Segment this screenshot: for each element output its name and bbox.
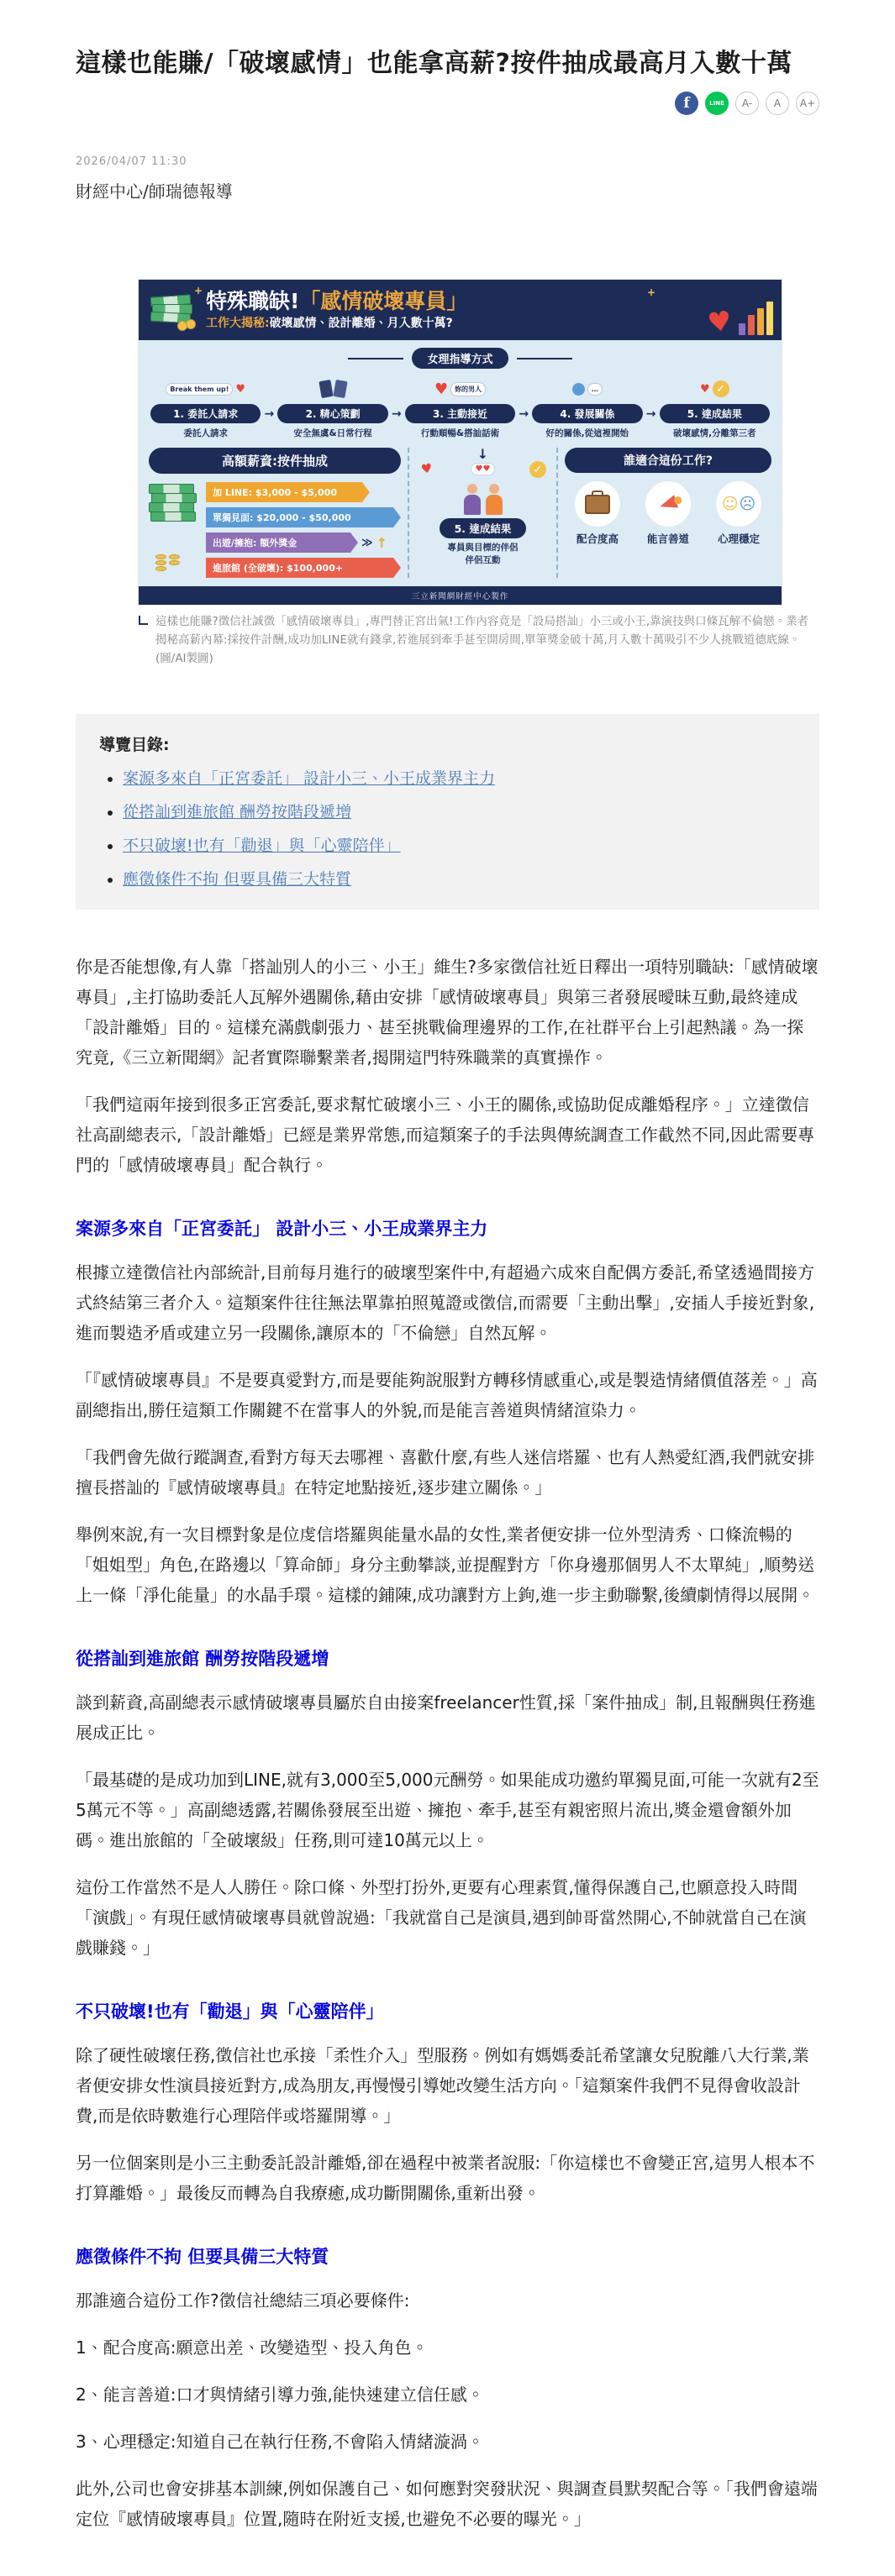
process-pill: 女理指導方式	[412, 348, 508, 369]
down-arrow-icon: ↓	[414, 448, 551, 461]
trait-cooperation: 配合度高	[565, 481, 630, 546]
caption-text: 這樣也能賺?徵信社誠徵「感情破壞專員」,專門替正宮出氣!工作內容竟是「設局搭訕」…	[155, 613, 811, 669]
toc-box: 導覽目錄: 案源多來自「正宮委託」 設計小三、小王成業界主力 從搭訕到進旅館 酬…	[76, 714, 819, 910]
step-5-caption: 破壞感情,分離第三者	[658, 427, 771, 439]
result-caption: 專員與目標的伴侶 伴侶互動	[414, 542, 551, 566]
happy-mask-icon: ☺	[722, 495, 739, 513]
sad-mask-icon: ☹	[740, 495, 756, 513]
trait-stability: ☺ ☹ 心理穩定	[706, 481, 771, 546]
workflow-steps: Break them up! ♥ 1. 委託人請求 委託人請求 → 2. 精心策…	[149, 374, 771, 439]
article-body: 你是否能想像,有人靠「搭訕別人的小三、小王」維生?多家徵信社近日釋出一項特別職缺…	[76, 952, 819, 2576]
paragraph: 「『感情破壞專員』不是要真愛對方,而是要能夠說服對方轉移情感重心,或是製造情緒價…	[76, 1365, 819, 1425]
bar-chart-icon	[739, 302, 773, 335]
toc-item: 從搭訕到進旅館 酬勞按階段遞增	[123, 800, 796, 822]
infographic-subtitle-text: 破壞感情、設計離婚、月入數十萬?	[270, 317, 453, 330]
money-pile-icon	[149, 480, 201, 573]
step-4: … 4. 發展關係 好的關係,從這裡開始	[530, 374, 644, 439]
caption-corner-icon	[139, 616, 148, 625]
step-3: ♥ 妳的男人 3. 主動接近 行動順暢&搭訕話術	[403, 374, 517, 439]
section-heading-2: 從搭訕到進旅館 酬勞按階段遞增	[76, 1645, 819, 1671]
news-article-page: 這樣也能賺/「破壞感情」也能拿高薪?按件抽成最高月入數十萬 f LINE A- …	[0, 0, 895, 2576]
hearts-bubble: ♥♥	[471, 463, 496, 475]
font-normal-button[interactable]: A	[766, 92, 789, 115]
toc-link-3[interactable]: 不只破壞!也有「勸退」與「心靈陪伴」	[123, 837, 401, 855]
section-heading-4: 應徵條件不拘 但要具備三大特質	[76, 2243, 819, 2269]
author-byline: 財經中心/師瑞德報導	[76, 178, 819, 202]
person-figure	[486, 484, 503, 515]
salary-tiers: 加 LINE: $3,000 - $5,000 單獨見面: $20,000 - …	[206, 480, 401, 578]
sparkle-icon: +	[647, 286, 655, 298]
speech-bubble: Break them up!	[166, 383, 233, 396]
paragraph: 此外,公司也會安排基本訓練,例如保護自己、如何應對突發狀況、與調查員默契配合等。…	[76, 2474, 819, 2534]
paragraph: 這份工作當然不是人人勝任。除口條、外型打扮外,更要有心理素質,懂得保護自己,也願…	[76, 1872, 819, 1963]
salary-title: 高額薪資:按件抽成	[149, 448, 401, 474]
toc-item: 不只破壞!也有「勸退」與「心靈陪伴」	[123, 833, 796, 856]
salary-tier-outing: 出遊/擁抱: 額外獎金	[206, 533, 358, 553]
step-3-art: ♥ 妳的男人	[403, 374, 517, 404]
process-label-row: 女理指導方式	[149, 348, 771, 369]
fit-title: 誰適合這份工作?	[565, 448, 771, 473]
sparkle-icon: +	[194, 285, 203, 296]
step-5-art: ♥ ✓	[658, 374, 771, 404]
broken-heart-icon: ♥	[706, 307, 734, 337]
paragraph: 舉例來說,有一次目標對象是位虔信塔羅與能量水晶的女性,業者便安排一位外型清秀、口…	[76, 1519, 819, 1610]
trait-eloquence: 能言善道	[635, 481, 701, 546]
step-1-caption: 委託人請求	[149, 427, 262, 439]
arrow-right-icon: →	[517, 374, 530, 421]
infographic-body: 女理指導方式 Break them up! ♥ 1. 委託人請求 委託人請求 →	[139, 340, 782, 586]
broken-heart-icon: ♥	[420, 460, 434, 477]
paragraph: 除了硬性破壞任務,徵信社也承接「柔性介入」型服務。例如有媽媽委託希望讓女兒脫離八…	[76, 2040, 819, 2131]
broken-heart-icon: ♥	[434, 380, 448, 398]
step-5: ♥ ✓ 5. 達成結果 破壞感情,分離第三者	[658, 374, 771, 439]
step-1-label: 1. 委託人請求	[150, 404, 261, 423]
paragraph: 1、配合度高:願意出差、改變造型、投入角色。	[76, 2332, 819, 2363]
megaphone-icon	[658, 495, 678, 512]
page-title: 這樣也能賺/「破壞感情」也能拿高薪?按件抽成最高月入數十萬	[76, 47, 819, 80]
font-smaller-button[interactable]: A-	[735, 92, 759, 115]
share-toolbar: f LINE A- A A+	[76, 92, 819, 117]
publish-datetime: 2026/04/07 11:30	[76, 155, 819, 168]
check-icon: ✓	[713, 380, 729, 397]
money-stack-icon	[150, 291, 196, 329]
chevrons-icon: ≫	[361, 537, 373, 549]
paragraph: 2、能言善道:口才與情緒引導力強,能快速建立信任感。	[76, 2379, 819, 2410]
paragraph: 根據立達徵信社內部統計,目前每月進行的破壞型案件中,有超過六成來自配偶方委託,希…	[76, 1257, 819, 1348]
step-4-art: …	[530, 374, 644, 404]
result-block: ↓ ♥ ♥♥ ✓ 5. 達成結果 專員與目標的伴侶 伴侶互動	[408, 448, 558, 578]
figure-caption: 這樣也能賺?徵信社誠徵「感情破壞專員」,專門替正宮出氣!工作內容竟是「設局搭訕」…	[139, 613, 811, 669]
check-icon: ✓	[529, 461, 546, 478]
speech-bubble: 妳的男人	[450, 382, 486, 396]
fit-block: 誰適合這份工作? 配合度高 能言善道	[565, 448, 771, 578]
step-2-caption: 安全無虞&日常行程	[276, 427, 389, 439]
salary-block: 高額薪資:按件抽成 加 LINE: $3,000 - $5,000	[149, 448, 401, 578]
paragraph: 那誰適合這份工作?徵信社總結三項必要條件:	[76, 2285, 819, 2316]
step-5-label: 5. 達成結果	[660, 404, 770, 423]
facebook-share-icon[interactable]: f	[675, 92, 698, 115]
toc-link-2[interactable]: 從搭訕到進旅館 酬勞按階段遞增	[123, 803, 351, 821]
paragraph: 另一位個案則是小三主動委託設計離婚,卻在過程中被業者說服:「你這樣也不會變正宮,…	[76, 2148, 819, 2208]
infographic-title-white: 特殊職缺!	[206, 289, 299, 313]
step-1: Break them up! ♥ 1. 委託人請求 委託人請求	[149, 374, 262, 439]
step-4-caption: 好的關係,從這裡開始	[530, 427, 644, 439]
result-illustration: ♥ ♥♥ ✓	[414, 461, 551, 515]
infographic-subtitle-label: 工作大揭秘:	[206, 317, 270, 330]
paragraph: 「最基礎的是成功加到LINE,就有3,000至5,000元酬勞。如果能成功邀約單…	[76, 1765, 819, 1855]
step-2: 2. 精心策劃 安全無虞&日常行程	[276, 374, 389, 439]
step-3-caption: 行動順暢&搭訕話術	[403, 427, 517, 439]
infographic-bottom: 高額薪資:按件抽成 加 LINE: $3,000 - $5,000	[149, 448, 771, 578]
section-heading-3: 不只破壞!也有「勸退」與「心靈陪伴」	[76, 1998, 819, 2023]
dots-bubble: …	[587, 383, 603, 396]
salary-tier-hotel: 進旅館 (全破壞): $100,000+	[206, 558, 401, 578]
paragraph: 3、心理穩定:知道自己在執行任務,不會陷入情緒漩渦。	[76, 2426, 819, 2457]
infographic-header-art: ♥	[708, 302, 773, 335]
infographic-title-orange: 「感情破壞專員」	[299, 289, 467, 313]
line-share-icon[interactable]: LINE	[705, 92, 729, 115]
up-arrow-icon: ↑	[376, 535, 387, 551]
infographic-credit: 三立新聞網財經中心製作	[139, 586, 782, 605]
arrow-right-icon: →	[390, 374, 403, 421]
paragraph: 「我們這兩年接到很多正宮委託,要求幫忙破壞小三、小王的關係,或協助促成離婚程序。…	[76, 1089, 819, 1180]
step-3-label: 3. 主動接近	[405, 404, 515, 423]
paragraph: 你是否能想像,有人靠「搭訕別人的小三、小王」維生?多家徵信社近日釋出一項特別職缺…	[76, 952, 819, 1073]
toc-link-4[interactable]: 應徵條件不拘 但要具備三大特質	[123, 870, 351, 889]
article-infographic-image: 特殊職缺!「感情破壞專員」 工作大揭秘:破壞感情、設計離婚、月入數十萬? + +…	[139, 280, 782, 605]
step-2-art	[276, 374, 389, 404]
toc-list: 案源多來自「正宮委託」 設計小三、小王成業界主力 從搭訕到進旅館 酬勞按階段遞增…	[99, 766, 796, 889]
step-2-label: 2. 精心策劃	[277, 404, 387, 423]
toc-item: 案源多來自「正宮委託」 設計小三、小王成業界主力	[123, 766, 796, 789]
step-4-label: 4. 發展關係	[532, 404, 642, 423]
font-larger-button[interactable]: A+	[796, 92, 819, 115]
paragraph: 談到薪資,高副總表示感情破壞專員屬於自由接案freelancer性質,採「案件抽…	[76, 1687, 819, 1748]
paragraph: 「我們會先做行蹤調查,看對方每天去哪裡、喜歡什麼,有些人迷信塔羅、也有人熱愛紅酒…	[76, 1442, 819, 1503]
infographic-title: 特殊職缺!「感情破壞專員」 工作大揭秘:破壞感情、設計離婚、月入數十萬?	[206, 289, 467, 331]
suitcase-icon	[585, 495, 610, 514]
step-1-art: Break them up! ♥	[149, 374, 262, 404]
infographic-header: 特殊職缺!「感情破壞專員」 工作大揭秘:破壞感情、設計離婚、月入數十萬? + +…	[139, 280, 782, 340]
heart-icon: ♥	[700, 383, 710, 396]
arrow-right-icon: →	[645, 374, 658, 421]
section-heading-1: 案源多來自「正宮委託」 設計小三、小王成業界主力	[76, 1215, 819, 1241]
result-title: 5. 達成結果	[440, 518, 527, 538]
salary-tier-line: 加 LINE: $3,000 - $5,000	[206, 482, 370, 502]
toc-title: 導覽目錄:	[99, 732, 796, 755]
arrow-right-icon: →	[262, 374, 276, 421]
heart-icon: ♥	[235, 383, 245, 396]
toc-link-1[interactable]: 案源多來自「正宮委託」 設計小三、小王成業界主力	[123, 769, 495, 788]
toc-item: 應徵條件不拘 但要具備三大特質	[123, 867, 796, 889]
salary-tier-meet: 單獨見面: $20,000 - $50,000	[206, 507, 401, 527]
person-figure	[464, 484, 481, 515]
